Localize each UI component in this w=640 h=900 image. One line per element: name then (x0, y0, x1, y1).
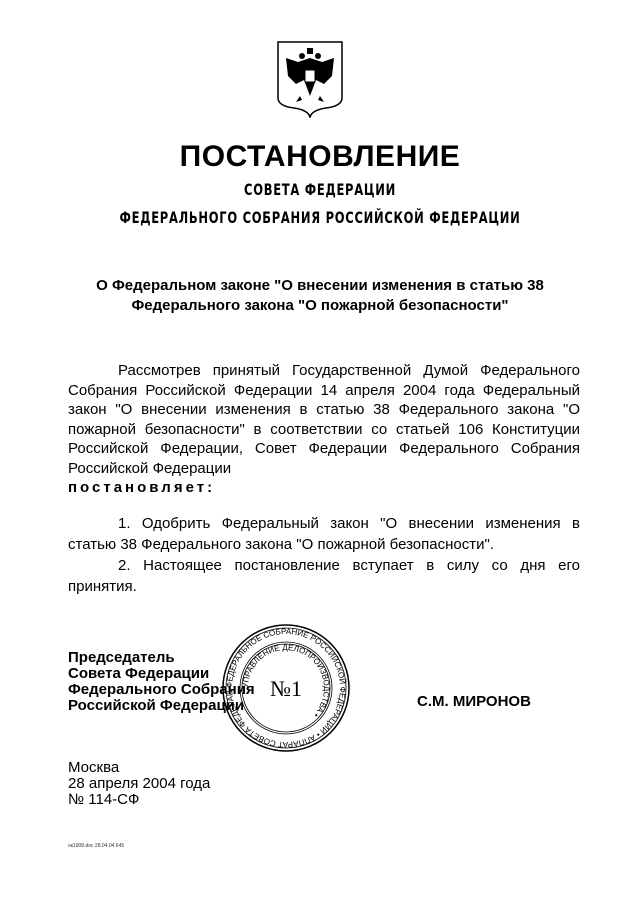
subject-line-1: О Федеральном законе "О внесении изменен… (60, 276, 580, 296)
issuer-line-1: СОВЕТА ФЕДЕРАЦИИ (90, 180, 551, 199)
resolution-items: 1. Одобрить Федеральный закон "О внесени… (68, 513, 580, 597)
signatory-name: С.М. МИРОНОВ (417, 693, 531, 710)
resolves-word: постановляет: (68, 479, 215, 496)
stamp-number: №1 (270, 676, 302, 701)
issue-city: Москва (68, 760, 210, 776)
coat-of-arms-icon (276, 40, 344, 118)
preamble-text: Рассмотрев принятый Государственной Думо… (68, 362, 580, 477)
subject-line-2: Федерального закона "О пожарной безопасн… (60, 296, 580, 316)
resolution-item: 2. Настоящее постановление вступает в си… (68, 555, 580, 597)
official-stamp: ФЕДЕРАЛЬНОЕ СОБРАНИЕ РОССИЙСКОЙ ФЕДЕРАЦИ… (220, 622, 352, 754)
file-note: ок1908.doc 28.04.04 645 (68, 843, 124, 849)
issue-details: Москва 28 апреля 2004 года № 114-СФ (68, 760, 210, 808)
document-title: ПОСТАНОВЛЕНИЕ (0, 140, 640, 174)
document-subject: О Федеральном законе "О внесении изменен… (60, 276, 580, 316)
issue-date: 28 апреля 2004 года (68, 776, 210, 792)
resolution-item: 1. Одобрить Федеральный закон "О внесени… (68, 513, 580, 555)
issuer-line-2: ФЕДЕРАЛЬНОГО СОБРАНИЯ РОССИЙСКОЙ ФЕДЕРАЦ… (90, 208, 551, 227)
preamble: Рассмотрев принятый Государственной Думо… (68, 361, 580, 498)
issue-number: № 114-СФ (68, 792, 210, 808)
